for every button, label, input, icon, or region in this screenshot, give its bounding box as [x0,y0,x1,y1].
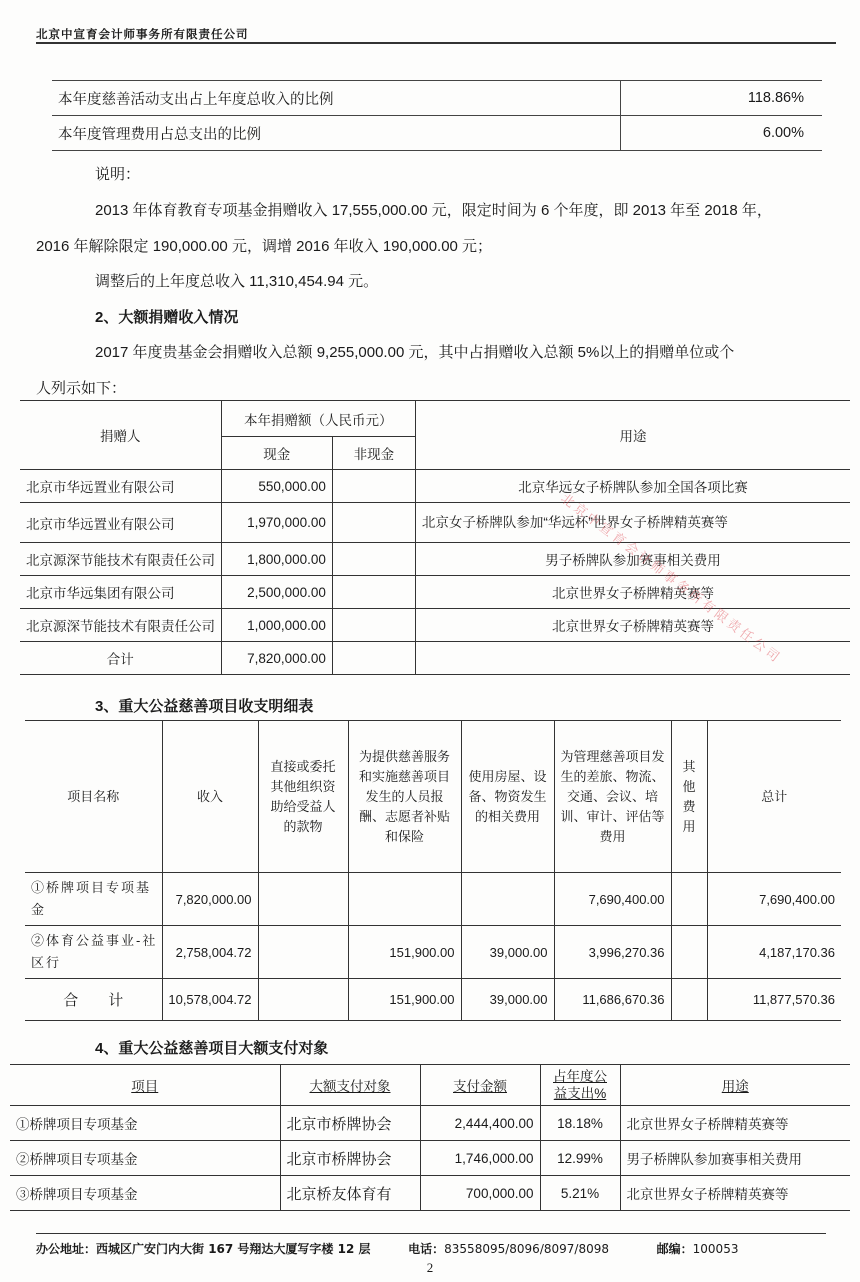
project-name: ①桥牌项目专项基金 [25,873,162,926]
amount: 700,000.00 [420,1176,540,1211]
income: 2,758,004.72 [162,926,258,979]
header-purpose: 用途 [620,1065,850,1106]
section-heading: 2、大额捐赠收入情况 [95,306,238,327]
direct [258,873,348,926]
payee: 北京市桥牌协会 [280,1106,420,1141]
ratio-label: 本年度管理费用占总支出的比例 [52,116,620,151]
purpose: 北京女子桥牌队参加“华远杯”世界女子桥牌精英赛等 [415,503,850,543]
purpose: 北京世界女子桥牌精英赛等 [620,1176,850,1211]
table-row: 北京市华远集团有限公司 2,500,000.00 北京世界女子桥牌精英赛等 [20,576,850,609]
purpose: 北京世界女子桥牌精英赛等 [620,1106,850,1141]
payment-table: 项目 大额支付对象 支付金额 占年度公益支出% 用途 ①桥牌项目专项基金 北京市… [10,1064,850,1211]
table-row: ①桥牌项目专项基金 7,820,000.00 7,690,400.00 7,69… [25,873,841,926]
donor-name: 北京市华远集团有限公司 [20,576,221,609]
ratio-table: 本年度慈善活动支出占上年度总收入的比例 118.86% 本年度管理费用占总支出的… [52,80,822,151]
phone: 83558095/8096/8097/8098 [444,1242,609,1256]
donor-name: 北京源深节能技术有限责任公司 [20,609,221,642]
staff: 151,900.00 [348,979,461,1021]
table-row: ②体育公益事业-社区行 2,758,004.72 151,900.00 39,0… [25,926,841,979]
ratio-value: 6.00% [620,116,822,151]
header-facility: 使用房屋、设备、物资发生的相关费用 [461,721,554,873]
donor-name: 北京市华远置业有限公司 [20,470,221,503]
section-heading: 4、重大公益慈善项目大额支付对象 [95,1037,328,1058]
notes-line: 2013 年体育教育专项基金捐赠收入 17,555,000.00 元，限定时间为… [95,199,772,220]
table-row: 北京源深节能技术有限责任公司 1,000,000.00 北京世界女子桥牌精英赛等 [20,609,850,642]
total: 11,877,570.36 [707,979,841,1021]
letterhead: 北京中宣育会计师事务所有限责任公司 [36,20,836,44]
percentage: 12.99% [540,1141,620,1176]
other [671,926,707,979]
table-row: 本年度管理费用占总支出的比例 6.00% [52,116,822,151]
header-noncash: 非现金 [332,437,415,470]
address: 西城区广安门内大街 167 号翔达大厦写字楼 12 层 [96,1242,370,1256]
staff: 151,900.00 [348,926,461,979]
header-amount: 本年捐赠额（人民币元） [221,401,415,437]
purpose: 男子桥牌队参加赛事相关费用 [415,543,850,576]
project-name: ②体育公益事业-社区行 [25,926,162,979]
ratio-value: 118.86% [620,81,822,116]
donor-name: 北京市华远置业有限公司 [20,503,221,543]
amount: 2,444,400.00 [420,1106,540,1141]
header-payee: 大额支付对象 [280,1065,420,1106]
postcode: 100053 [693,1242,739,1256]
table-row: ②桥牌项目专项基金 北京市桥牌协会 1,746,000.00 12.99% 男子… [10,1141,850,1176]
other [671,979,707,1021]
table-row: 北京源深节能技术有限责任公司 1,800,000.00 男子桥牌队参加赛事相关费… [20,543,850,576]
table-row: ③桥牌项目专项基金 北京桥友体育有 700,000.00 5.21% 北京世界女… [10,1176,850,1211]
project: ①桥牌项目专项基金 [10,1106,280,1141]
staff [348,873,461,926]
direct [258,979,348,1021]
page-number: 2 [0,1260,860,1276]
section-heading: 3、重大公益慈善项目收支明细表 [95,695,313,716]
header-other: 其他费用 [671,721,707,873]
noncash-amount [332,576,415,609]
total-row: 合 计 10,578,004.72 151,900.00 39,000.00 1… [25,979,841,1021]
noncash-amount [332,503,415,543]
section-intro: 人列示如下： [36,377,126,398]
postcode-label: 邮编： [657,1242,693,1256]
header-amount: 支付金额 [420,1065,540,1106]
cash-amount: 550,000.00 [221,470,332,503]
facility [461,873,554,926]
header-purpose: 用途 [415,401,850,470]
phone-label: 电话： [408,1242,444,1256]
header-project: 项目 [10,1065,280,1106]
income: 10,578,004.72 [162,979,258,1021]
header-project-name: 项目名称 [25,721,162,873]
header-donor: 捐赠人 [20,401,221,470]
purpose: 北京世界女子桥牌精英赛等 [415,609,850,642]
noncash-amount [332,543,415,576]
direct [258,926,348,979]
total-row: 合计 7,820,000.00 [20,642,850,675]
ratio-label: 本年度慈善活动支出占上年度总收入的比例 [52,81,620,116]
notes-line: 2016 年解除限定 190,000.00 元，调增 2016 年收入 190,… [36,235,492,256]
notes-title: 说明： [95,163,140,184]
admin: 7,690,400.00 [554,873,671,926]
cash-amount: 1,970,000.00 [221,503,332,543]
section-intro: 2017 年度贵基金会捐赠收入总额 9,255,000.00 元，其中占捐赠收入… [95,341,734,362]
header-income: 收入 [162,721,258,873]
percentage: 5.21% [540,1176,620,1211]
payee: 北京市桥牌协会 [280,1141,420,1176]
purpose: 男子桥牌队参加赛事相关费用 [620,1141,850,1176]
donor-name: 北京源深节能技术有限责任公司 [20,543,221,576]
project: ②桥牌项目专项基金 [10,1141,280,1176]
table-row: 本年度慈善活动支出占上年度总收入的比例 118.86% [52,81,822,116]
percentage: 18.18% [540,1106,620,1141]
footer: 办公地址：西城区广安门内大街 167 号翔达大厦写字楼 12 层 电话：8355… [36,1233,826,1257]
facility: 39,000.00 [461,926,554,979]
noncash-amount [332,470,415,503]
project: ③桥牌项目专项基金 [10,1176,280,1211]
header-direct: 直接或委托其他组织资助给受益人的款物 [258,721,348,873]
purpose: 北京世界女子桥牌精英赛等 [415,576,850,609]
table-row: 北京市华远置业有限公司 550,000.00 北京华远女子桥牌队参加全国各项比赛 [20,470,850,503]
facility: 39,000.00 [461,979,554,1021]
total: 4,187,170.36 [707,926,841,979]
total-label: 合计 [20,642,221,675]
noncash-amount [332,609,415,642]
table-row: ①桥牌项目专项基金 北京市桥牌协会 2,444,400.00 18.18% 北京… [10,1106,850,1141]
header-pct: 占年度公益支出% [540,1065,620,1106]
purpose: 北京华远女子桥牌队参加全国各项比赛 [415,470,850,503]
total-cash: 7,820,000.00 [221,642,332,675]
project-table: 项目名称 收入 直接或委托其他组织资助给受益人的款物 为提供慈善服务和实施慈善项… [25,720,841,1021]
admin: 3,996,270.36 [554,926,671,979]
cash-amount: 1,800,000.00 [221,543,332,576]
cash-amount: 2,500,000.00 [221,576,332,609]
donor-table: 捐赠人 本年捐赠额（人民币元） 用途 现金 非现金 北京市华远置业有限公司 55… [20,400,850,675]
header-total: 总计 [707,721,841,873]
other [671,873,707,926]
amount: 1,746,000.00 [420,1141,540,1176]
address-label: 办公地址： [36,1242,96,1256]
income: 7,820,000.00 [162,873,258,926]
total-label: 合 计 [25,979,162,1021]
payee: 北京桥友体育有 [280,1176,420,1211]
total: 7,690,400.00 [707,873,841,926]
notes-line: 调整后的上年度总收入 11,310,454.94 元。 [95,270,378,291]
table-row: 北京市华远置业有限公司 1,970,000.00 北京女子桥牌队参加“华远杯”世… [20,503,850,543]
admin: 11,686,670.36 [554,979,671,1021]
header-cash: 现金 [221,437,332,470]
header-staff: 为提供慈善服务和实施慈善项目发生的人员报酬、志愿者补贴和保险 [348,721,461,873]
cash-amount: 1,000,000.00 [221,609,332,642]
header-admin: 为管理慈善项目发生的差旅、物流、交通、会议、培训、审计、评估等费用 [554,721,671,873]
